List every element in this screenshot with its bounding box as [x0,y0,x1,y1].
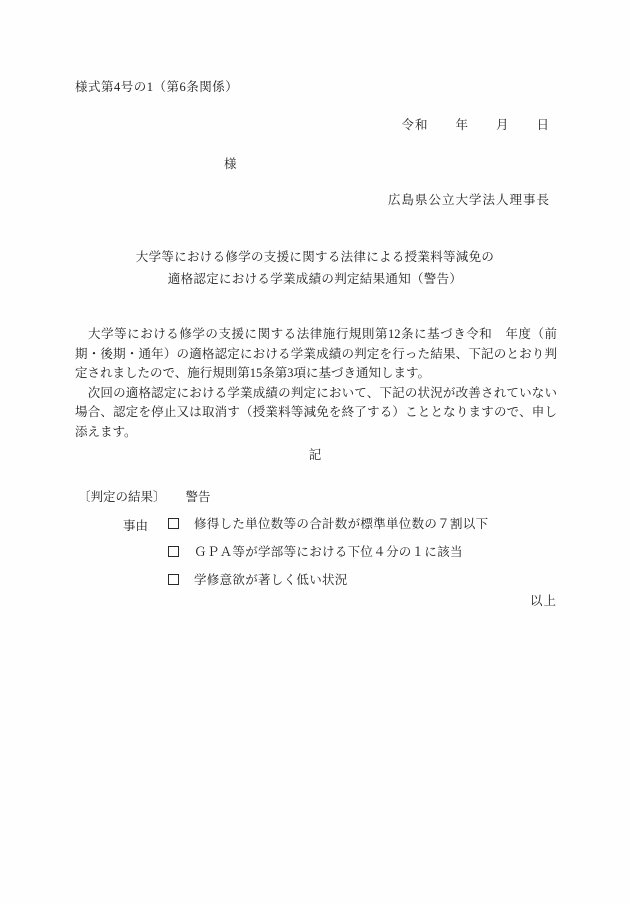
closing-marker: 以上 [530,591,557,609]
document-title-line2: 適格認定における学業成績の判定結果通知（警告） [0,268,630,290]
reason-checkbox-list: 修得した単位数等の合計数が標準単位数の７割以下 ＧＰＡ等が学部等における下位４分… [168,516,488,600]
body-paragraphs: 大学等における修学の支援に関する法律施行規則第12条に基づき令和 年度（前期・後… [75,325,557,442]
date-line: 令和 年 月 日 [401,115,550,133]
checkbox-unchecked-icon [168,518,179,529]
paragraph-notice: 大学等における修学の支援に関する法律施行規則第12条に基づき令和 年度（前期・後… [75,325,557,384]
reason-item: ＧＰＡ等が学部等における下位４分の１に該当 [168,544,488,572]
paragraph-warning: 次回の適格認定における学業成績の判定において、下記の状況が改善されていない場合、… [75,384,557,443]
checkbox-unchecked-icon [168,546,179,557]
reason-item: 学修意欲が著しく低い状況 [168,572,488,600]
document-title-line1: 大学等における修学の支援に関する法律による授業料等減免の [0,246,630,268]
reason-item-label: 学修意欲が著しく低い状況 [194,572,348,588]
form-number: 様式第4号の1（第6条関係） [75,77,238,95]
judgment-result-line: 〔判定の結果〕警告 [78,487,211,505]
reason-item-label: 修得した単位数等の合計数が標準単位数の７割以下 [194,516,488,532]
judgment-result-value: 警告 [186,490,211,504]
checkbox-unchecked-icon [168,574,179,585]
document-title: 大学等における修学の支援に関する法律による授業料等減免の 適格認定における学業成… [0,246,630,290]
judgment-result-label: 〔判定の結果〕 [78,490,166,504]
addressee-honorific: 様 [224,154,237,172]
document-page: 様式第4号の1（第6条関係） 令和 年 月 日 様 広島県公立大学法人理事長 大… [0,0,630,903]
record-marker: 記 [0,445,630,463]
reason-label: 事由 [123,516,148,534]
sender-name: 広島県公立大学法人理事長 [388,190,550,208]
reason-item: 修得した単位数等の合計数が標準単位数の７割以下 [168,516,488,544]
reason-item-label: ＧＰＡ等が学部等における下位４分の１に該当 [194,544,463,560]
